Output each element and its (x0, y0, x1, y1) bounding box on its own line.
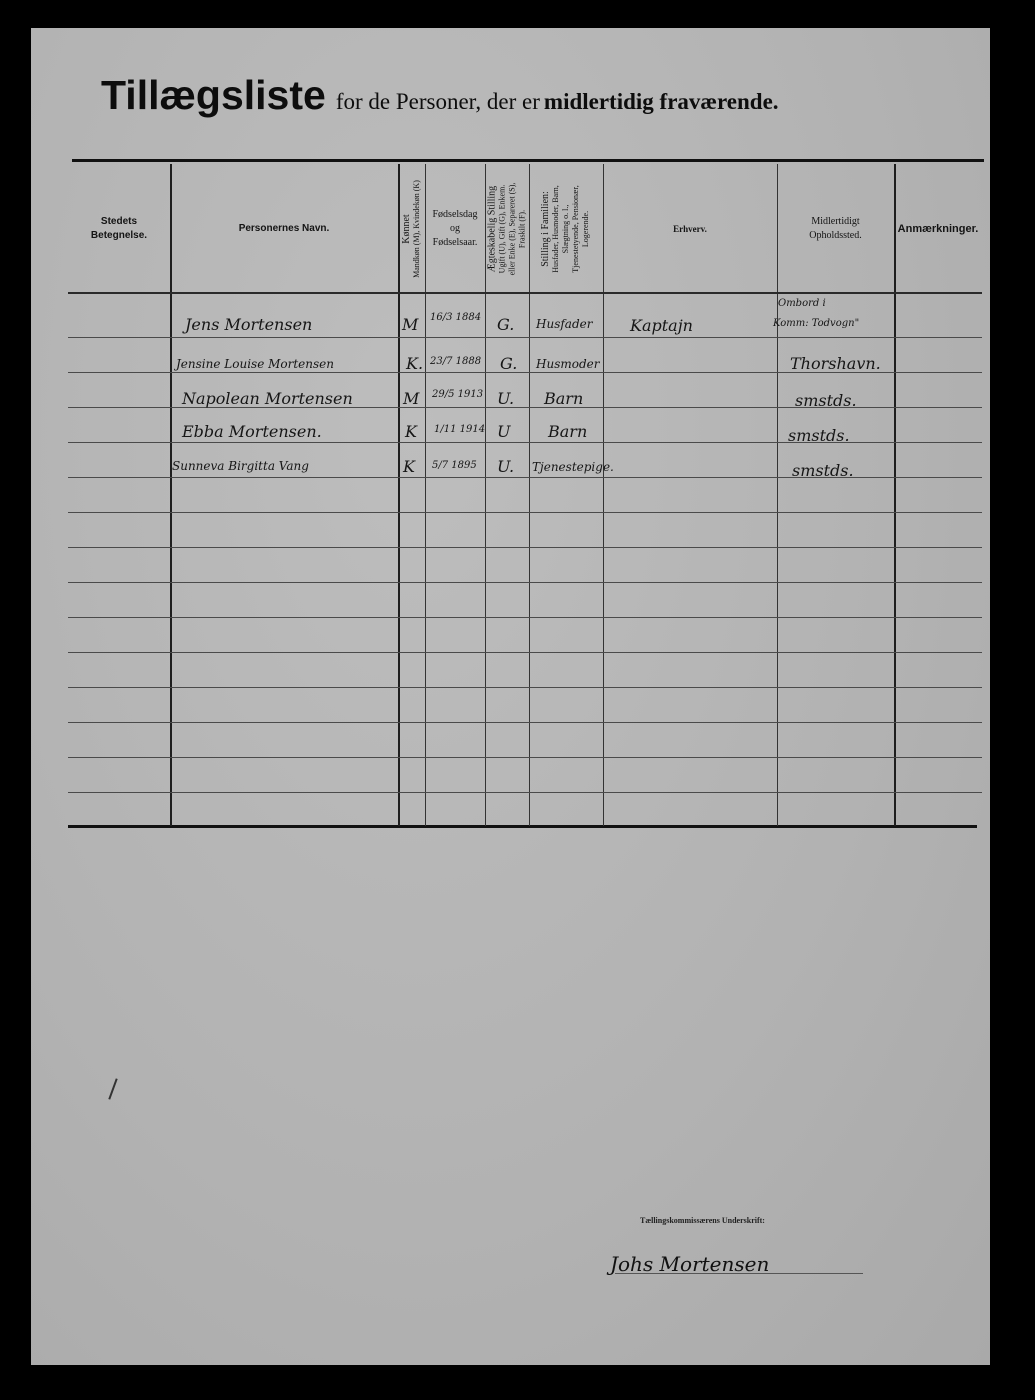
cell-residence: smstds. (788, 426, 850, 445)
cell-name: Napolean Mortensen (182, 389, 353, 408)
header-subtext: Slægtning o. l., (561, 185, 571, 273)
cell-residence: smstds. (795, 391, 857, 410)
row-divider (68, 512, 982, 513)
header-text: Erhverv. (673, 222, 707, 236)
header-erhverv: Erhverv. (603, 166, 777, 292)
header-text: Opholdssted. (809, 229, 862, 243)
title-subtitle-bold: midlertidig fraværende. (544, 89, 779, 114)
row-divider (68, 547, 982, 548)
cell-family-position: Barn (544, 389, 583, 408)
row-divider (68, 792, 982, 793)
cell-residence: Thorshavn. (790, 354, 881, 373)
cell-birthdate: 23/7 1888 (430, 356, 481, 367)
cell-occupation: Kaptajn (630, 316, 693, 335)
cell-name: Jens Mortensen (185, 315, 312, 334)
cell-marital-status: G. (497, 315, 514, 334)
header-text: Stedets (91, 215, 147, 229)
header-aegteskabelig-stilling: Ægteskabelig StillingUgift (U), Gift (G)… (485, 166, 529, 292)
cell-residence-line2: Komm: Todvogn" (773, 318, 859, 329)
header-text: Stilling i Familien: (541, 185, 551, 273)
row-divider (68, 687, 982, 688)
header-text: Anmærkninger. (898, 222, 979, 236)
cell-gender: M (403, 389, 419, 408)
header-subtext: Tjenestetyende, Pensionær, (571, 185, 581, 273)
header-stilling-i-familien: Stilling i Familien:Husfader, Husmoder, … (529, 166, 603, 292)
cell-birthdate: 5/7 1895 (432, 460, 477, 471)
row-divider (68, 337, 982, 338)
cell-family-position: Husfader (536, 317, 592, 331)
cell-name: Ebba Mortensen. (182, 422, 322, 441)
cell-gender: K. (406, 354, 423, 373)
cell-family-position: Tjenestepige. (532, 460, 614, 474)
cell-marital-status: U (497, 422, 510, 441)
header-subtext: Ugift (U), Gift (G), Enkem. (497, 183, 507, 276)
cell-birthdate: 29/5 1913 (432, 389, 483, 400)
header-personernes-navn: Personernes Navn. (170, 166, 398, 292)
header-text: Fødselsdag (433, 208, 478, 222)
row-divider (68, 652, 982, 653)
cell-gender: M (402, 315, 418, 334)
cell-gender: K (405, 422, 417, 441)
cell-name: Sunneva Birgitta Vang (172, 459, 309, 473)
title-subtitle: for de Personer, der er (336, 89, 540, 114)
row-divider (68, 617, 982, 618)
header-subtext: Fraskilt (F). (517, 183, 527, 276)
header-subtext: eller Enke (E), Separeret (S), (507, 183, 517, 276)
cell-gender: K (403, 457, 415, 476)
header-text: Ægteskabelig Stilling (487, 183, 497, 276)
signature-label: Tællingskommissærens Underskrift: (640, 1216, 765, 1225)
form-title: Tillægsliste for de Personer, der er mid… (101, 72, 961, 119)
cell-name: Jensine Louise Mortensen (176, 357, 334, 371)
header-text: og (433, 222, 478, 236)
cell-residence: Ombord i (778, 298, 826, 309)
cell-residence: smstds. (792, 461, 854, 480)
cell-marital-status: G. (500, 354, 517, 373)
cell-birthdate: 16/3 1884 (430, 312, 481, 323)
row-divider (68, 757, 982, 758)
header-text: Kønnet (402, 180, 412, 278)
header-stedets-betegnelse: StedetsBetegnelse. (68, 166, 170, 292)
header-subtext: Husfader, Husmoder, Barn, (551, 185, 561, 273)
header-text: Personernes Navn. (239, 222, 330, 236)
header-text: Midlertidigt (809, 215, 862, 229)
title-main: Tillægsliste (101, 72, 326, 118)
cell-family-position: Barn (548, 422, 587, 441)
header-text: Fødselsaar. (433, 236, 478, 250)
signature-line (615, 1273, 863, 1274)
absent-persons-table: StedetsBetegnelse. Personernes Navn. Køn… (68, 160, 982, 826)
header-anmaerkninger: Anmærkninger. (894, 166, 982, 292)
header-konnet: KønnetMandkøn (M), Kvindekøn (K) (398, 166, 425, 292)
header-opholdssted: MidlertidigtOpholdssted. (777, 166, 894, 292)
row-divider (68, 722, 982, 723)
cell-family-position: Husmoder (536, 357, 599, 371)
header-subtext: Logerende. (581, 185, 591, 273)
cell-marital-status: U. (497, 389, 514, 408)
cell-birthdate: 1/11 1914 (434, 424, 485, 435)
row-divider (68, 582, 982, 583)
cell-marital-status: U. (497, 457, 514, 476)
header-fodselsdag: FødselsdagogFødselsaar. (425, 166, 485, 292)
header-text: Betegnelse. (91, 229, 147, 243)
header-subtext: Mandkøn (M), Kvindekøn (K) (412, 180, 422, 278)
header-divider (68, 292, 982, 294)
